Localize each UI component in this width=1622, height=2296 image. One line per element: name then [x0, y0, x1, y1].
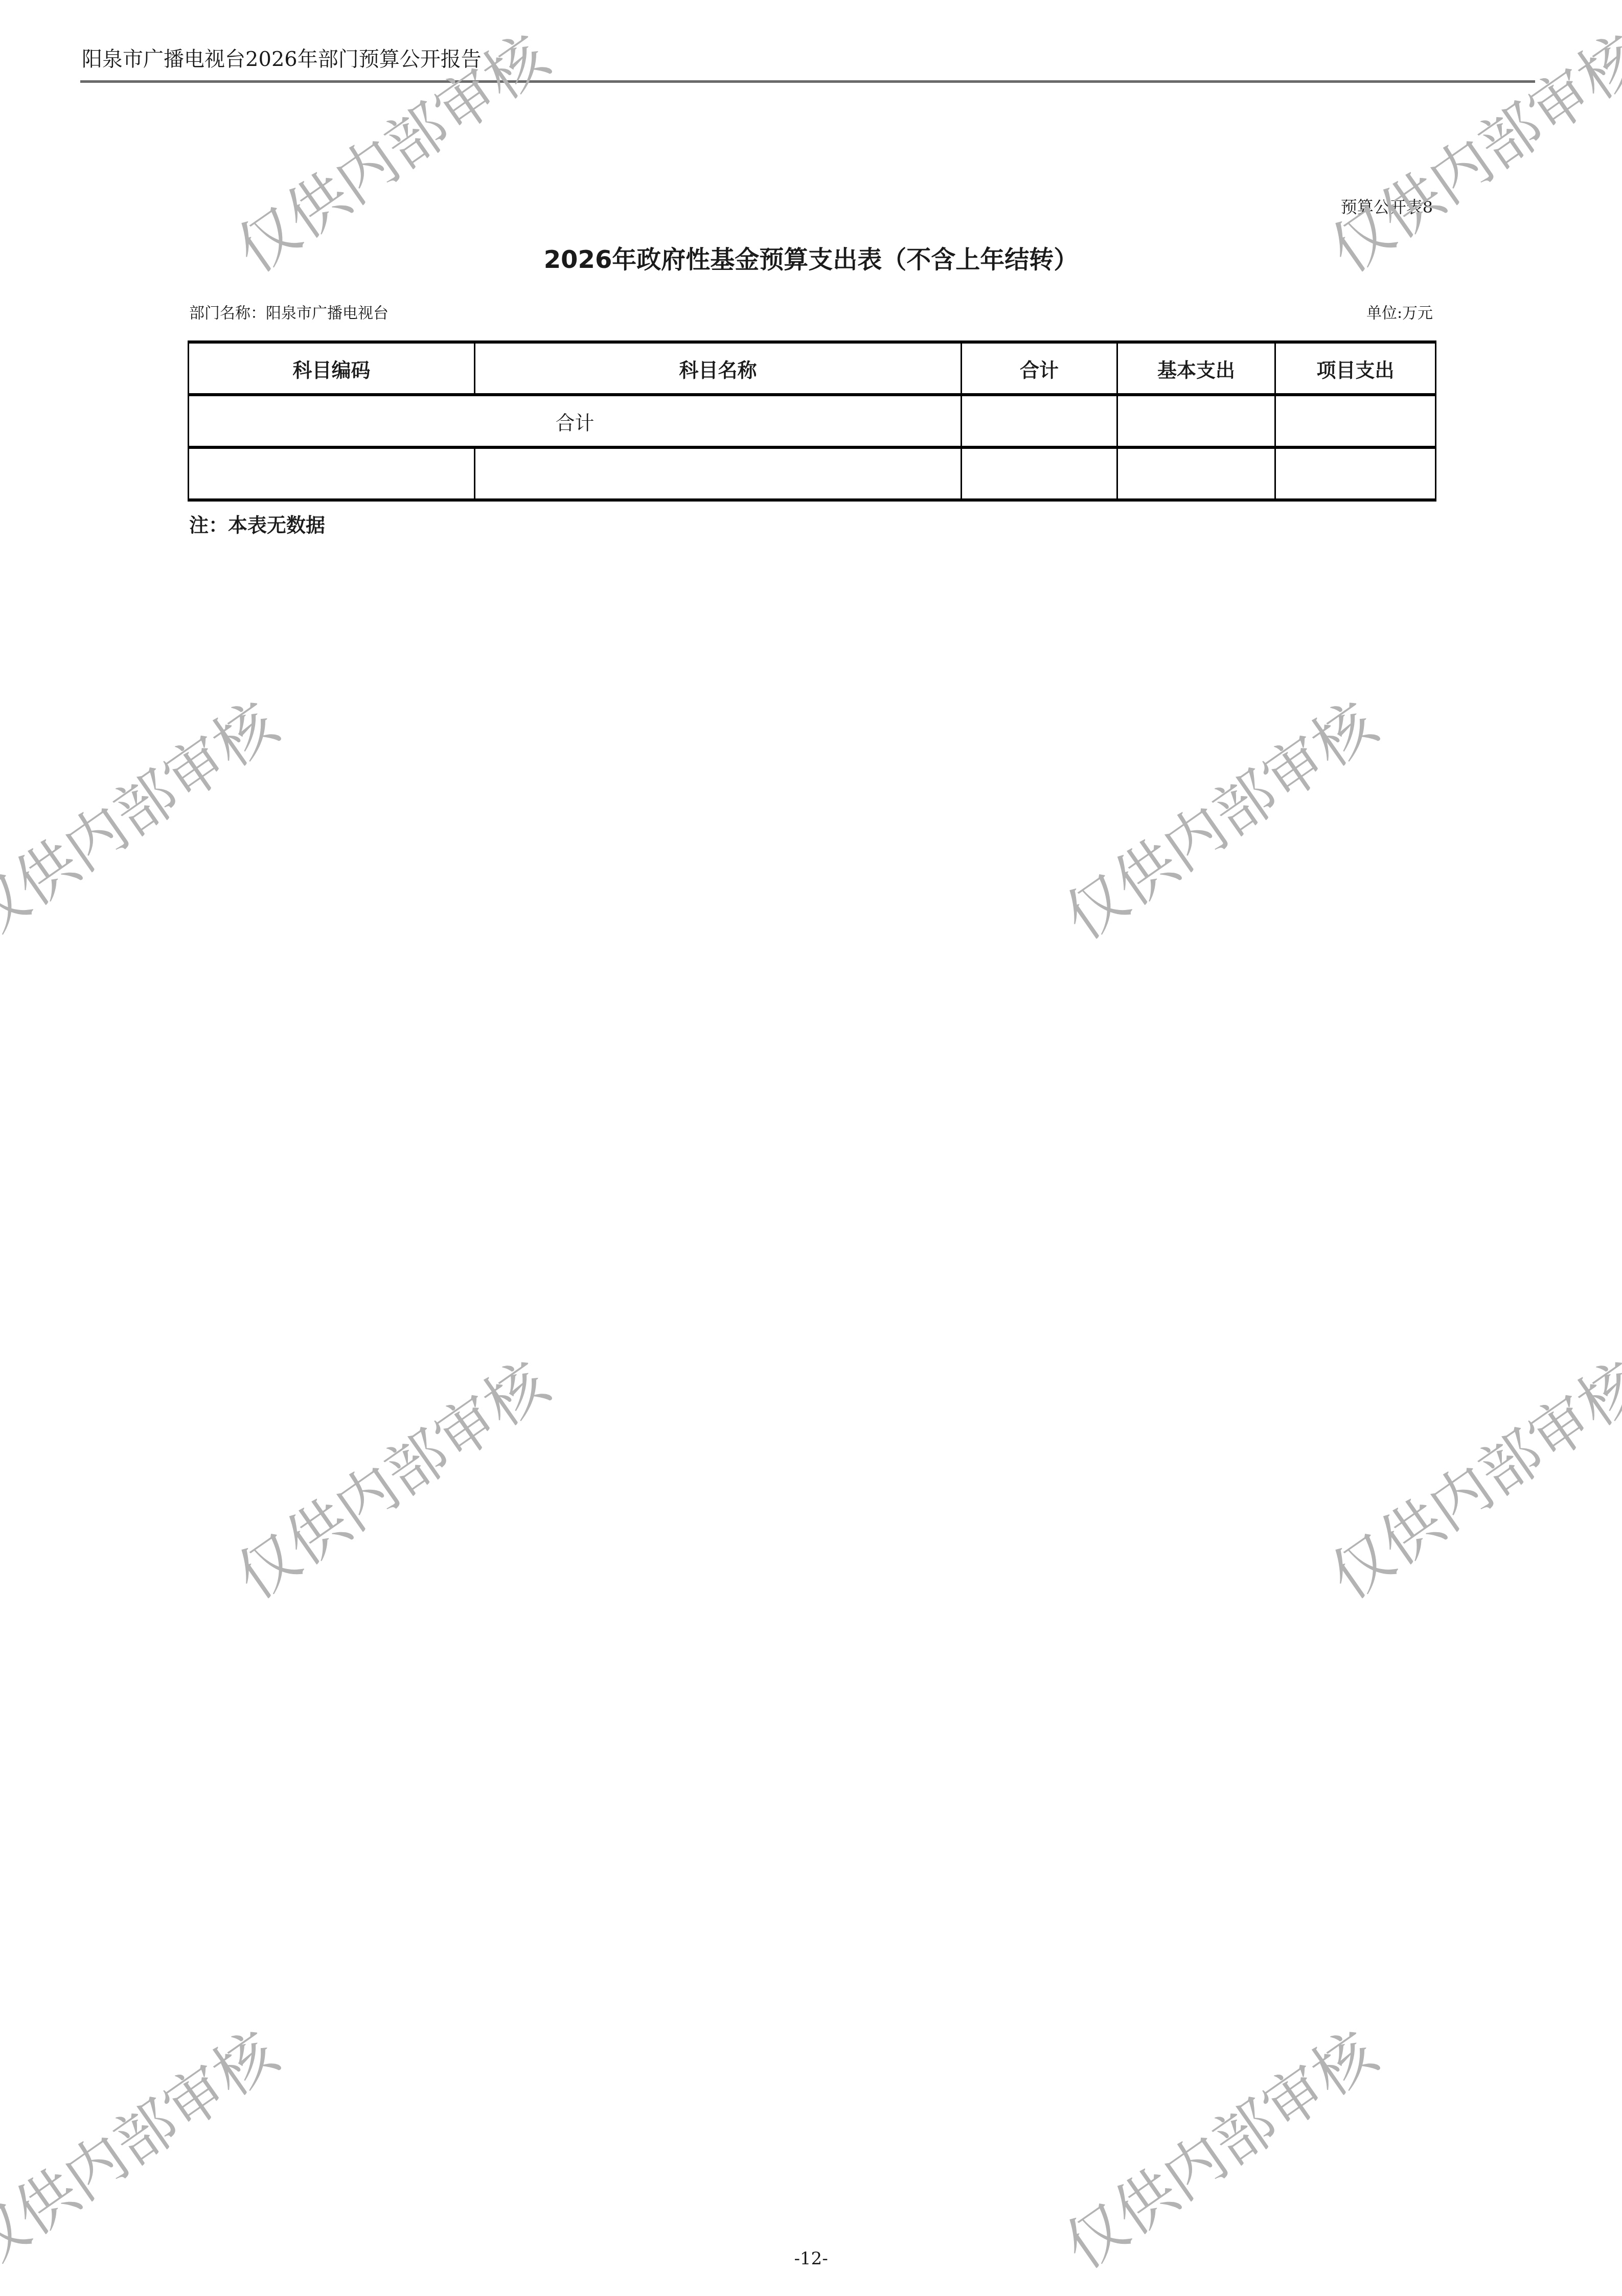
total-row-label: 合计 [189, 395, 962, 447]
watermark-text: 仅供内部审核 [1310, 1337, 1622, 1616]
total-row-basic [1117, 395, 1275, 447]
unit-label: 单位:万元 [1366, 303, 1433, 324]
budget-table: 科目编码 科目名称 合计 基本支出 项目支出 合计 [188, 340, 1436, 502]
table-row [189, 447, 1436, 500]
row-project [1275, 447, 1436, 500]
watermark-text: 仅供内部审核 [216, 1337, 562, 1616]
watermark-text: 仅供内部审核 [0, 2007, 291, 2285]
table-note: 注：本表无数据 [189, 513, 325, 537]
table-total-row: 合计 [189, 395, 1436, 447]
table-number-label: 预算公开表8 [1341, 197, 1433, 217]
watermark-text: 仅供内部审核 [1044, 677, 1390, 956]
department-label: 部门名称：阳泉市广播电视台 [189, 303, 389, 324]
document-title: 2026年政府性基金预算支出表（不含上年结转） [0, 244, 1622, 275]
column-header-code: 科目编码 [189, 342, 475, 395]
column-header-basic: 基本支出 [1117, 342, 1275, 395]
column-header-name: 科目名称 [475, 342, 962, 395]
page-header-title: 阳泉市广播电视台2026年部门预算公开报告 [82, 47, 482, 72]
column-header-project: 项目支出 [1275, 342, 1436, 395]
row-code [189, 447, 475, 500]
page-number: -12- [0, 2248, 1622, 2269]
total-row-total [962, 395, 1117, 447]
table-header-row: 科目编码 科目名称 合计 基本支出 项目支出 [189, 342, 1436, 395]
row-name [475, 447, 962, 500]
total-row-project [1275, 395, 1436, 447]
header-divider [80, 80, 1535, 83]
watermark-text: 仅供内部审核 [1044, 2007, 1390, 2285]
column-header-total: 合计 [962, 342, 1117, 395]
row-total [962, 447, 1117, 500]
watermark-text: 仅供内部审核 [0, 677, 291, 956]
row-basic [1117, 447, 1275, 500]
